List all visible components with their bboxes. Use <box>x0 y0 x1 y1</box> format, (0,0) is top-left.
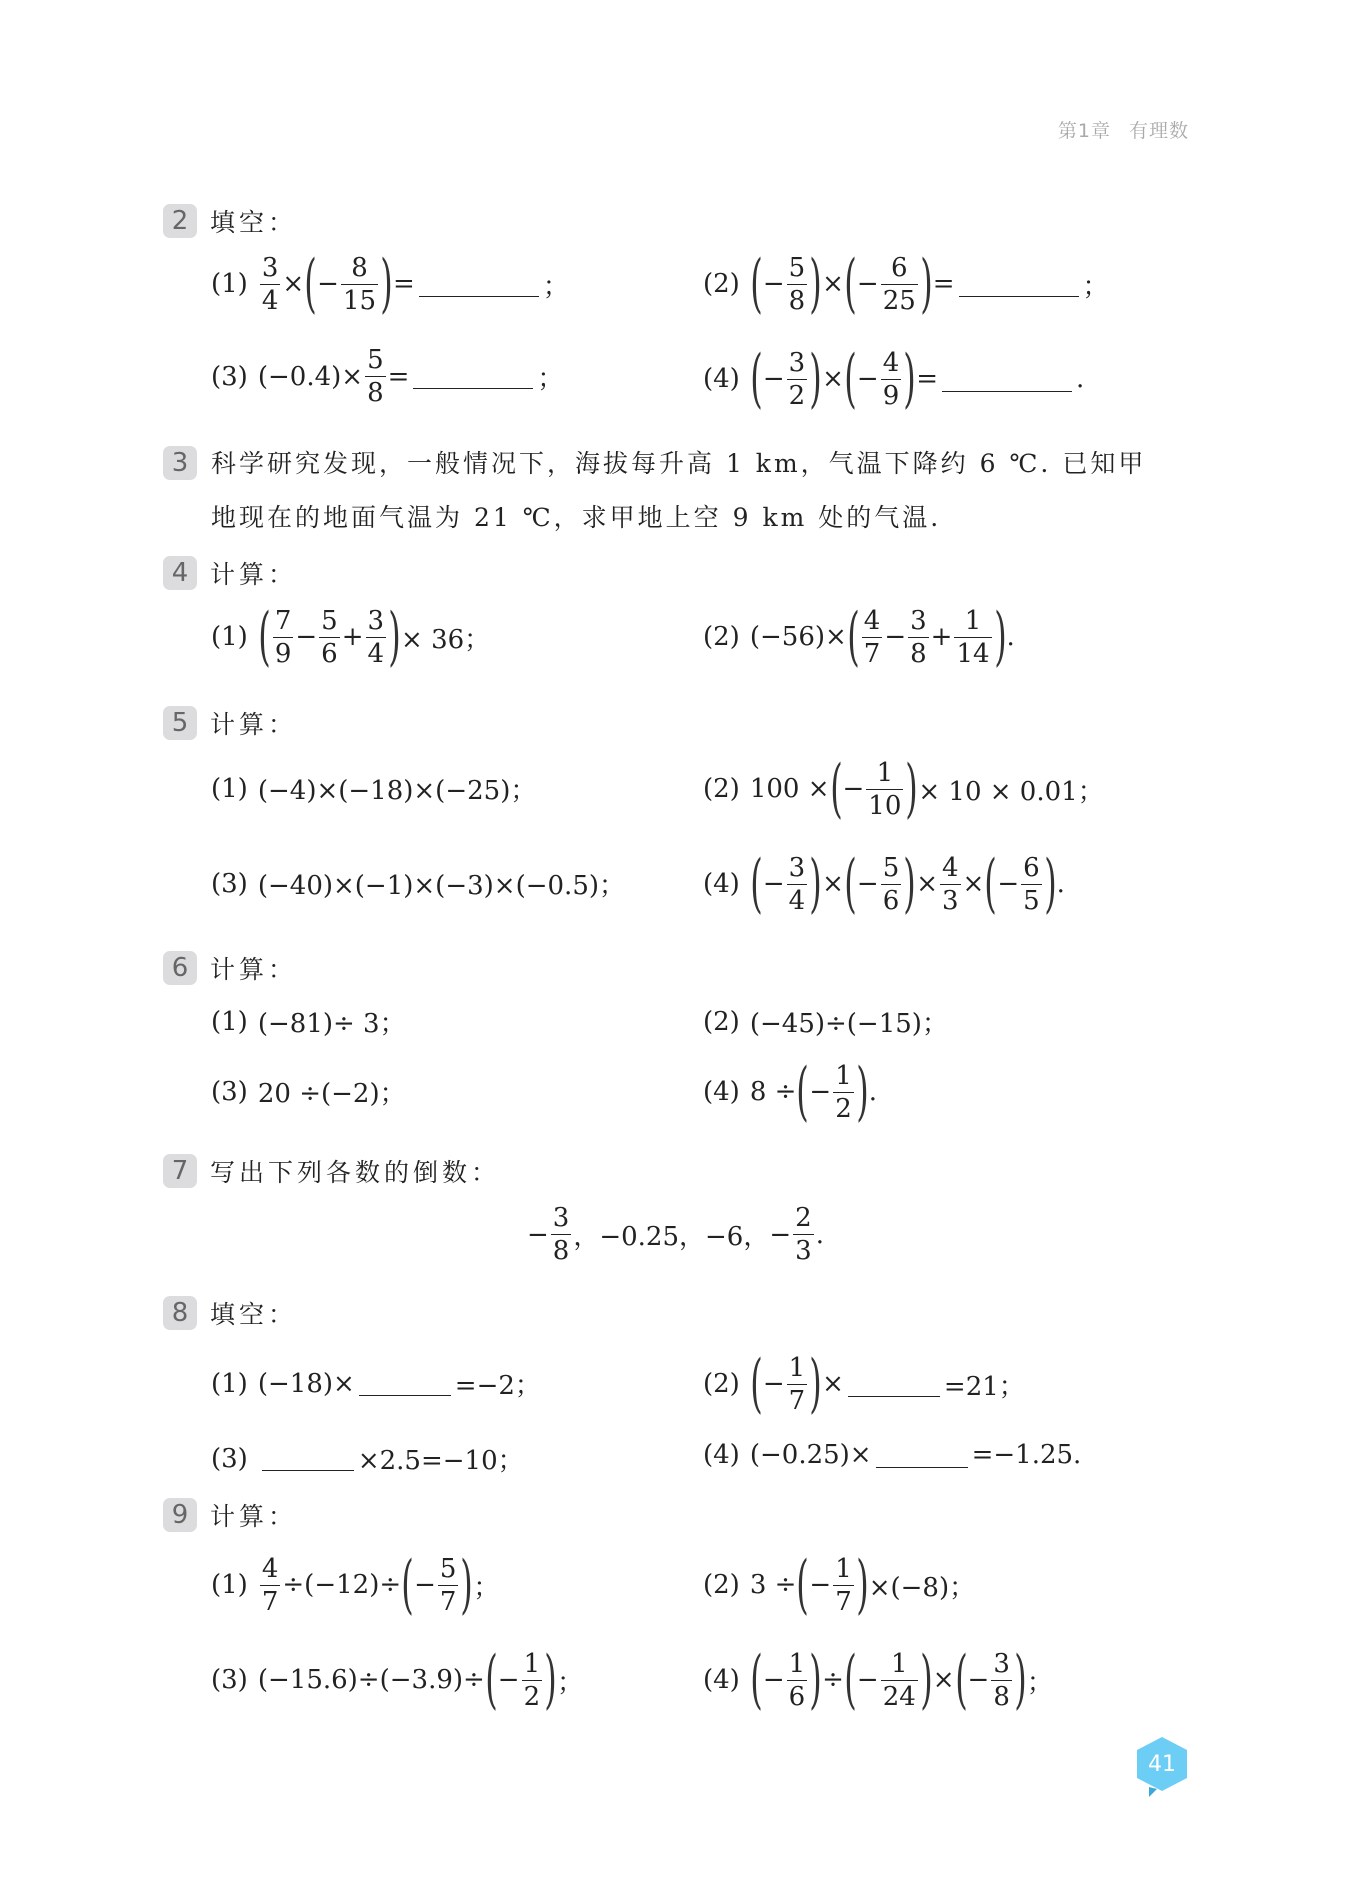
expression: × 36； <box>401 619 490 656</box>
fraction: 57 <box>438 1556 459 1615</box>
fraction: 56 <box>881 855 902 914</box>
problem-9-item-1: (1) 47 ÷(−12)÷ ( − 57 ) ； <box>211 1553 499 1617</box>
punct: . <box>816 1220 824 1250</box>
expression: 8 ÷ <box>750 1077 797 1107</box>
page-number-badge: 41 <box>1135 1735 1189 1793</box>
problem-instruction: 计算： <box>210 705 297 741</box>
item-label: (3) <box>211 1077 248 1107</box>
problem-instruction: 计算： <box>210 555 297 591</box>
problem-3-text: 科学研究发现，一般情况下，海拔每升高 1 km，气温下降约 6 ℃. 已知甲 地… <box>211 437 1191 545</box>
operator: × <box>933 1665 955 1695</box>
right-paren: ) <box>544 1648 556 1712</box>
problem-6-header: 6 计算： <box>163 950 297 986</box>
fraction: 114 <box>954 608 991 667</box>
problem-8-header: 8 填空： <box>163 1295 297 1331</box>
left-paren: ( <box>844 347 856 411</box>
fraction: 17 <box>833 1556 854 1615</box>
left-paren: ( <box>955 1648 967 1712</box>
fraction: 34 <box>260 255 281 314</box>
problem-5-item-4: (4) ( − 34 ) × ( − 56 ) × 43 × ( − 65 ) … <box>703 852 1065 916</box>
problem-4-item-2: (2) (−56)× ( 47 − 38 + 114 ) . <box>703 605 1015 669</box>
sign: − <box>763 869 785 899</box>
operator: × <box>963 869 985 899</box>
problem-6-item-4: (4) 8 ÷ ( − 12 ) . <box>703 1060 877 1124</box>
right-paren: ) <box>1014 1648 1026 1712</box>
item-label: (2) <box>703 1369 740 1399</box>
left-paren: ( <box>797 1060 809 1124</box>
fraction: 625 <box>881 255 918 314</box>
problem-2-item-4: (4) ( − 32 ) × ( − 49 ) = . <box>703 347 1084 411</box>
left-paren: ( <box>304 252 316 316</box>
punct: ； <box>543 266 569 303</box>
fraction: 16 <box>787 1651 808 1710</box>
expression: (−81)÷ 3； <box>258 1003 406 1040</box>
right-paren: ) <box>809 852 821 916</box>
page-number: 41 <box>1135 1735 1189 1793</box>
problem-8-item-1: (1) (−18)× =−2； <box>211 1365 541 1402</box>
item-label: (2) <box>703 1007 740 1037</box>
left-paren: ( <box>750 1648 762 1712</box>
left-paren: ( <box>750 347 762 411</box>
right-paren: ) <box>903 347 915 411</box>
operator: × <box>916 869 938 899</box>
equals: = <box>388 362 410 392</box>
answer-blank[interactable] <box>848 1372 940 1397</box>
expression: (−45)÷(−15)； <box>750 1003 948 1040</box>
punct: ； <box>1027 1662 1053 1699</box>
problem-number-badge: 7 <box>163 1154 197 1188</box>
problem-number-badge: 5 <box>163 706 197 740</box>
item-label: (2) <box>703 1570 740 1600</box>
expression: (−4)×(−18)×(−25)； <box>258 770 537 807</box>
item-label: (3) <box>211 362 248 392</box>
right-paren: ) <box>809 347 821 411</box>
operator: × <box>822 869 844 899</box>
left-paren: ( <box>847 605 859 669</box>
right-paren: ) <box>920 252 932 316</box>
problem-4-header: 4 计算： <box>163 555 297 591</box>
fraction: 56 <box>319 608 340 667</box>
sign: − <box>968 1665 990 1695</box>
punct: ； <box>557 1662 583 1699</box>
sign: − <box>763 269 785 299</box>
problem-9-item-3: (3) (−15.6)÷(−3.9)÷ ( − 12 ) ； <box>211 1648 583 1712</box>
equals: = <box>393 269 415 299</box>
problem-7-header: 7 写出下列各数的倒数： <box>163 1153 500 1189</box>
left-paren: ( <box>830 757 842 821</box>
right-paren: ) <box>856 1060 868 1124</box>
item-label: (1) <box>211 269 248 299</box>
left-paren: ( <box>844 252 856 316</box>
right-paren: ) <box>856 1553 868 1617</box>
punct: ； <box>537 358 563 395</box>
sign: − <box>857 869 879 899</box>
expression: =21； <box>944 1366 1025 1403</box>
item-label: (2) <box>703 622 740 652</box>
sign: − <box>843 774 865 804</box>
problem-number-badge: 8 <box>163 1296 197 1330</box>
sign: − <box>809 1077 831 1107</box>
problem-number-badge: 2 <box>163 204 197 238</box>
fraction: 110 <box>866 760 903 819</box>
problem-number-badge: 4 <box>163 556 197 590</box>
sign: − <box>997 869 1019 899</box>
sign: − <box>857 1665 879 1695</box>
problem-number-badge: 6 <box>163 951 197 985</box>
item-label: (1) <box>211 1369 248 1399</box>
sign: − <box>317 269 339 299</box>
left-paren: ( <box>401 1553 413 1617</box>
problem-4-item-1: (1) ( 79 − 56 + 34 ) × 36； <box>211 605 490 669</box>
right-paren: ) <box>1044 852 1056 916</box>
item-label: (2) <box>703 774 740 804</box>
expression: (−0.25)× <box>750 1440 872 1470</box>
left-paren: ( <box>750 852 762 916</box>
operator: × <box>822 364 844 394</box>
right-paren: ) <box>903 852 915 916</box>
expression: ×(−8)； <box>869 1567 975 1604</box>
expression: (−18)× <box>258 1369 355 1399</box>
chapter-title: 有理数 <box>1129 120 1189 142</box>
problem-number-badge: 9 <box>163 1498 197 1532</box>
punct: . <box>1076 364 1084 394</box>
operator: × <box>282 269 304 299</box>
problem-5-item-1: (1) (−4)×(−18)×(−25)； <box>211 770 536 807</box>
item-label: (3) <box>211 869 248 899</box>
expression: ÷(−12)÷ <box>282 1570 401 1600</box>
problem-9-header: 9 计算： <box>163 1497 297 1533</box>
item-label: (1) <box>211 774 248 804</box>
operator: + <box>931 622 953 652</box>
problem-2-item-2: (2) ( − 58 ) × ( − 625 ) = ； <box>703 252 1109 316</box>
right-paren: ) <box>461 1553 473 1617</box>
expression: ×2.5=−10； <box>358 1440 524 1477</box>
answer-blank[interactable] <box>876 1443 968 1468</box>
problem-5-item-2: (2) 100 × ( − 110 ) × 10 × 0.01； <box>703 757 1104 821</box>
sign: − <box>498 1665 520 1695</box>
answer-blank[interactable] <box>959 272 1079 297</box>
punct: . <box>869 1077 877 1107</box>
problem-instruction: 填空： <box>210 1295 297 1331</box>
item-label: (3) <box>211 1665 248 1695</box>
operator: × <box>822 269 844 299</box>
problem-2-item-1: (1) 34 × ( − 815 ) = ； <box>211 252 569 316</box>
chapter-label: 第1章 <box>1058 120 1111 142</box>
problem-instruction: 填空： <box>210 203 297 239</box>
sign: − <box>809 1570 831 1600</box>
problem-7-values: − 38 ，−0.25，−6， − 23 . <box>527 1205 824 1264</box>
fraction: 43 <box>940 855 961 914</box>
sign: − <box>763 1665 785 1695</box>
problem-5-item-3: (3) (−40)×(−1)×(−3)×(−0.5)； <box>211 865 625 902</box>
item-label: (2) <box>703 269 740 299</box>
left-paren: ( <box>844 852 856 916</box>
problem-3-header: 3 <box>163 446 210 480</box>
item-label: (4) <box>703 1665 740 1695</box>
item-label: (4) <box>703 869 740 899</box>
fraction: 58 <box>365 347 386 406</box>
sign: − <box>414 1570 436 1600</box>
answer-blank[interactable] <box>413 364 533 389</box>
fraction: 12 <box>833 1063 854 1122</box>
fraction: 58 <box>787 255 808 314</box>
sign: − <box>527 1220 549 1250</box>
item-label: (1) <box>211 1570 248 1600</box>
problem-8-item-2: (2) ( − 17 ) × =21； <box>703 1352 1025 1416</box>
expression: =−2； <box>455 1365 541 1402</box>
equals: = <box>933 269 955 299</box>
answer-blank[interactable] <box>942 367 1072 392</box>
answer-blank[interactable] <box>419 272 539 297</box>
right-paren: ) <box>388 605 400 669</box>
problem-number-badge: 3 <box>163 446 197 480</box>
problem-instruction: 写出下列各数的倒数： <box>210 1153 500 1189</box>
running-header: 第1章有理数 <box>1058 116 1189 143</box>
left-paren: ( <box>985 852 997 916</box>
item-label: (1) <box>211 622 248 652</box>
left-paren: ( <box>258 605 270 669</box>
punct: . <box>1007 622 1015 652</box>
problem-6-item-1: (1) (−81)÷ 3； <box>211 1003 406 1040</box>
expression: 20 ÷(−2)； <box>258 1073 406 1110</box>
left-paren: ( <box>750 1352 762 1416</box>
item-label: (4) <box>703 1077 740 1107</box>
expression: =−1.25. <box>972 1440 1082 1470</box>
sign: − <box>763 1369 785 1399</box>
problem-8-item-3: (3) ×2.5=−10； <box>211 1440 524 1477</box>
problem-instruction: 计算： <box>210 1497 297 1533</box>
problem-text-line: 科学研究发现，一般情况下，海拔每升高 1 km，气温下降约 6 ℃. 已知甲 <box>211 437 1191 491</box>
problem-9-item-4: (4) ( − 16 ) ÷ ( − 124 ) × ( − 38 ) ； <box>703 1648 1053 1712</box>
problem-text-line: 地现在的地面气温为 21 ℃，求甲地上空 9 km 处的气温. <box>211 491 1191 545</box>
fraction: 38 <box>551 1205 572 1264</box>
right-paren: ) <box>380 252 392 316</box>
expression: × 10 × 0.01； <box>918 771 1103 808</box>
expression: 100 × <box>750 774 830 804</box>
sign: − <box>857 269 879 299</box>
fraction: 38 <box>991 1651 1012 1710</box>
right-paren: ) <box>809 252 821 316</box>
operator: − <box>884 622 906 652</box>
answer-blank[interactable] <box>359 1371 451 1396</box>
problem-instruction: 计算： <box>210 950 297 986</box>
fraction: 47 <box>260 1556 281 1615</box>
item-label: (1) <box>211 1007 248 1037</box>
right-paren: ) <box>906 757 918 821</box>
right-paren: ) <box>920 1648 932 1712</box>
punct: ； <box>1083 266 1109 303</box>
expression: (−0.4)× <box>258 362 363 392</box>
fraction: 23 <box>793 1205 814 1264</box>
right-paren: ) <box>809 1352 821 1416</box>
fraction: 65 <box>1021 855 1042 914</box>
fraction: 32 <box>787 350 808 409</box>
punct: ； <box>473 1567 499 1604</box>
equals: = <box>916 364 938 394</box>
expression: (−40)×(−1)×(−3)×(−0.5)； <box>258 865 625 902</box>
fraction: 815 <box>341 255 378 314</box>
problem-2-item-3: (3) (−0.4)× 58 = ； <box>211 347 563 406</box>
item-label: (4) <box>703 364 740 394</box>
item-label: (3) <box>211 1444 248 1474</box>
fraction: 38 <box>908 608 929 667</box>
fraction: 49 <box>881 350 902 409</box>
problem-5-header: 5 计算： <box>163 705 297 741</box>
left-paren: ( <box>844 1648 856 1712</box>
item-label: (4) <box>703 1440 740 1470</box>
fraction: 34 <box>366 608 387 667</box>
problem-9-item-2: (2) 3 ÷ ( − 17 ) ×(−8)； <box>703 1553 975 1617</box>
operator: × <box>822 1369 844 1399</box>
fraction: 34 <box>787 855 808 914</box>
right-paren: ) <box>809 1648 821 1712</box>
operator: + <box>342 622 364 652</box>
answer-blank[interactable] <box>262 1446 354 1471</box>
fraction: 124 <box>881 1651 918 1710</box>
problem-6-item-3: (3) 20 ÷(−2)； <box>211 1073 406 1110</box>
left-paren: ( <box>750 252 762 316</box>
expression: ，−0.25，−6， <box>573 1216 769 1253</box>
expression: (−15.6)÷(−3.9)÷ <box>258 1665 485 1695</box>
sign: − <box>763 364 785 394</box>
operator: ÷ <box>822 1665 844 1695</box>
left-paren: ( <box>485 1648 497 1712</box>
left-paren: ( <box>797 1553 809 1617</box>
fraction: 79 <box>273 608 294 667</box>
operator: − <box>295 622 317 652</box>
problem-6-item-2: (2) (−45)÷(−15)； <box>703 1003 948 1040</box>
sign: − <box>769 1220 791 1250</box>
expression: (−56)× <box>750 622 847 652</box>
problem-8-item-4: (4) (−0.25)× =−1.25. <box>703 1440 1081 1470</box>
punct: . <box>1057 869 1065 899</box>
right-paren: ) <box>994 605 1006 669</box>
expression: 3 ÷ <box>750 1570 797 1600</box>
problem-2-header: 2 填空： <box>163 203 297 239</box>
fraction: 47 <box>862 608 883 667</box>
fraction: 12 <box>522 1651 543 1710</box>
fraction: 17 <box>787 1355 808 1414</box>
sign: − <box>857 364 879 394</box>
